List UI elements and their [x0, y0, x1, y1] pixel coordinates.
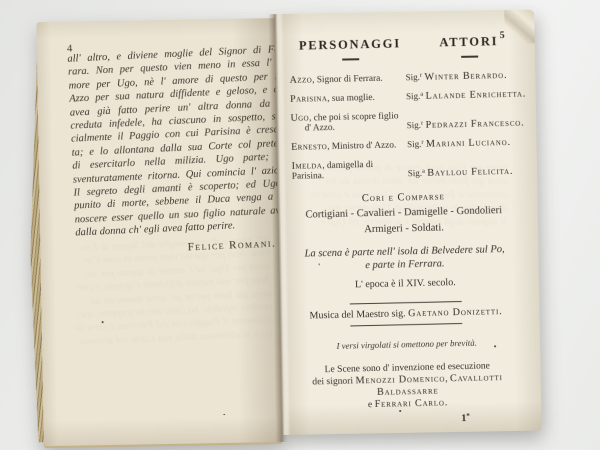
cast-row: Imelda, damigella di Parisina. Sig.a Bay…	[292, 156, 522, 182]
open-book: all' altro, e diviene moglie del Signor …	[22, 10, 541, 447]
heading-personaggi: PERSONAGGI	[281, 36, 419, 54]
divider-rule	[350, 301, 462, 305]
signature-mark: 1*	[289, 410, 527, 427]
page-number-left: 4	[67, 43, 73, 54]
cast-headings: PERSONAGGI ATTORI	[281, 34, 519, 62]
cast-row: Parisina, sua moglie. Sig.a Lalande Enri…	[290, 89, 520, 105]
composer-line: Musica del Maestro sig. Gaetano Donizett…	[287, 306, 525, 322]
foxing-speck	[319, 263, 320, 265]
verses-note: I versi virgolati si omettono per brevit…	[288, 337, 526, 352]
cast-row: Ugo, che poi si scopre figlio d' Azzo. S…	[290, 108, 520, 134]
foxing-speck	[399, 410, 401, 412]
right-page: more per Ugo, nè l' amore di questo per …	[274, 10, 541, 435]
heading-rule	[461, 56, 478, 58]
foxing-speck	[494, 345, 496, 347]
cast-list: Azzo, Signor di Ferrara. Sig.r Winter Be…	[282, 70, 522, 182]
epoch-note: L' epoca è il XIV. secolo.	[286, 276, 524, 292]
synopsis-text-block: 4 all' altro, e diviene moglie del Signo…	[67, 34, 299, 259]
cast-row: Azzo, Signor di Ferrara. Sig.r Winter Be…	[290, 70, 520, 86]
foxing-speck	[223, 414, 225, 415]
left-page: all' altro, e diviene moglie del Signor …	[36, 18, 281, 448]
chorus-line: Armigeri - Soldati.	[285, 220, 523, 238]
cast-row: Ernesto, Ministro d' Azzo. Sig.r Mariani…	[291, 137, 521, 153]
divider-rule	[350, 323, 462, 327]
foxing-speck	[102, 321, 104, 323]
photo-background: all' altro, e diviene moglie del Signor …	[0, 0, 600, 450]
chorus-line: Cortigiani - Cavalieri - Damigelle - Gon…	[285, 204, 523, 222]
synopsis-paragraph: all' altro, e diviene moglie del Signor …	[67, 34, 295, 240]
librettist-name: Felice Romani.	[76, 236, 298, 258]
page-number-right: 5	[500, 30, 505, 41]
cast-page-block: 5 PERSONAGGI ATTORI Azzo, Signor di Ferr…	[281, 26, 528, 428]
heading-rule	[342, 58, 359, 60]
